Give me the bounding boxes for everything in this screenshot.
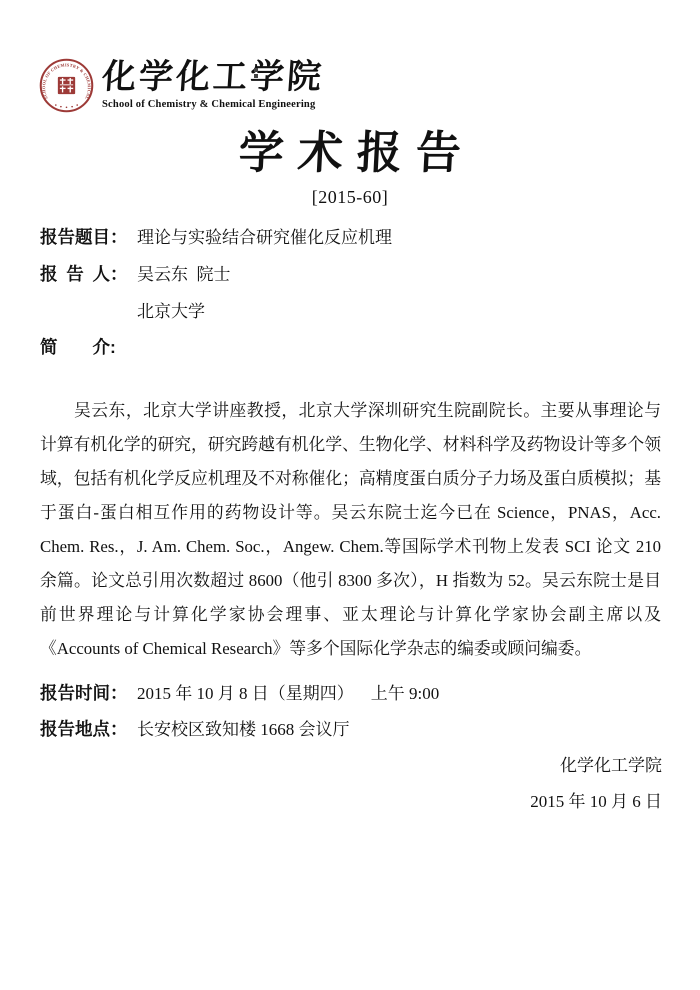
footer-date: 2015 年 10 月 6 日 bbox=[530, 784, 662, 820]
report-time-row: 报告时间： 2015 年 10 月 8 日（星期四） 上午 9:00 bbox=[40, 679, 660, 705]
report-speaker-label: 报 告 人： bbox=[40, 261, 137, 286]
report-topic-value: 理论与实验结合研究催化反应机理 bbox=[137, 223, 392, 248]
intro-heading-label: 简 介: bbox=[40, 334, 137, 359]
speaker-affiliation: 北京大学 bbox=[137, 297, 205, 322]
issue-number: [2015-60] bbox=[0, 187, 700, 208]
school-name-cn: 化学化工学院 bbox=[101, 59, 326, 97]
school-logo: SCHOOL OF CHEMISTRY & CHEMICAL ENGINEERI… bbox=[38, 57, 324, 114]
footer-organization: 化学化工学院 bbox=[530, 748, 662, 784]
report-topic-row: 报告题目： 理论与实验结合研究催化反应机理 bbox=[40, 223, 660, 249]
report-venue-value: 长安校区致知楼 1668 会议厅 bbox=[137, 715, 350, 740]
page-title: 学术报告 bbox=[0, 116, 700, 181]
report-topic-label: 报告题目： bbox=[40, 224, 137, 249]
intro-heading-row: 简 介: bbox=[40, 334, 660, 359]
report-venue-row: 报告地点： 长安校区致知楼 1668 会议厅 bbox=[40, 715, 660, 741]
seal-bottom-marks bbox=[55, 104, 78, 108]
report-time-label: 报告时间： bbox=[40, 680, 137, 705]
document-page: SCHOOL OF CHEMISTRY & CHEMICAL ENGINEERI… bbox=[0, 0, 700, 990]
school-name-en: School of Chemistry & Chemical Engineeri… bbox=[102, 99, 324, 110]
report-venue-label: 报告地点： bbox=[40, 716, 137, 741]
brush-flourish-icon bbox=[252, 66, 260, 84]
speaker-introduction: 吴云东，北京大学讲座教授，北京大学深圳研究生院副院长。主要从事理论与计算有机化学… bbox=[40, 394, 661, 666]
school-seal-icon: SCHOOL OF CHEMISTRY & CHEMICAL ENGINEERI… bbox=[38, 57, 95, 114]
logo-text-block: 化学化工学院 School of Chemistry & Chemical En… bbox=[102, 57, 324, 110]
report-time-value: 2015 年 10 月 8 日（星期四） 上午 9:00 bbox=[137, 679, 439, 704]
report-speaker-value: 吴云东 院士 bbox=[137, 260, 231, 285]
report-speaker-row: 报 告 人： 吴云东 院士 bbox=[40, 260, 660, 286]
footer-signature: 化学化工学院 2015 年 10 月 6 日 bbox=[530, 748, 662, 819]
speaker-affiliation-row: 北京大学 bbox=[40, 297, 660, 322]
